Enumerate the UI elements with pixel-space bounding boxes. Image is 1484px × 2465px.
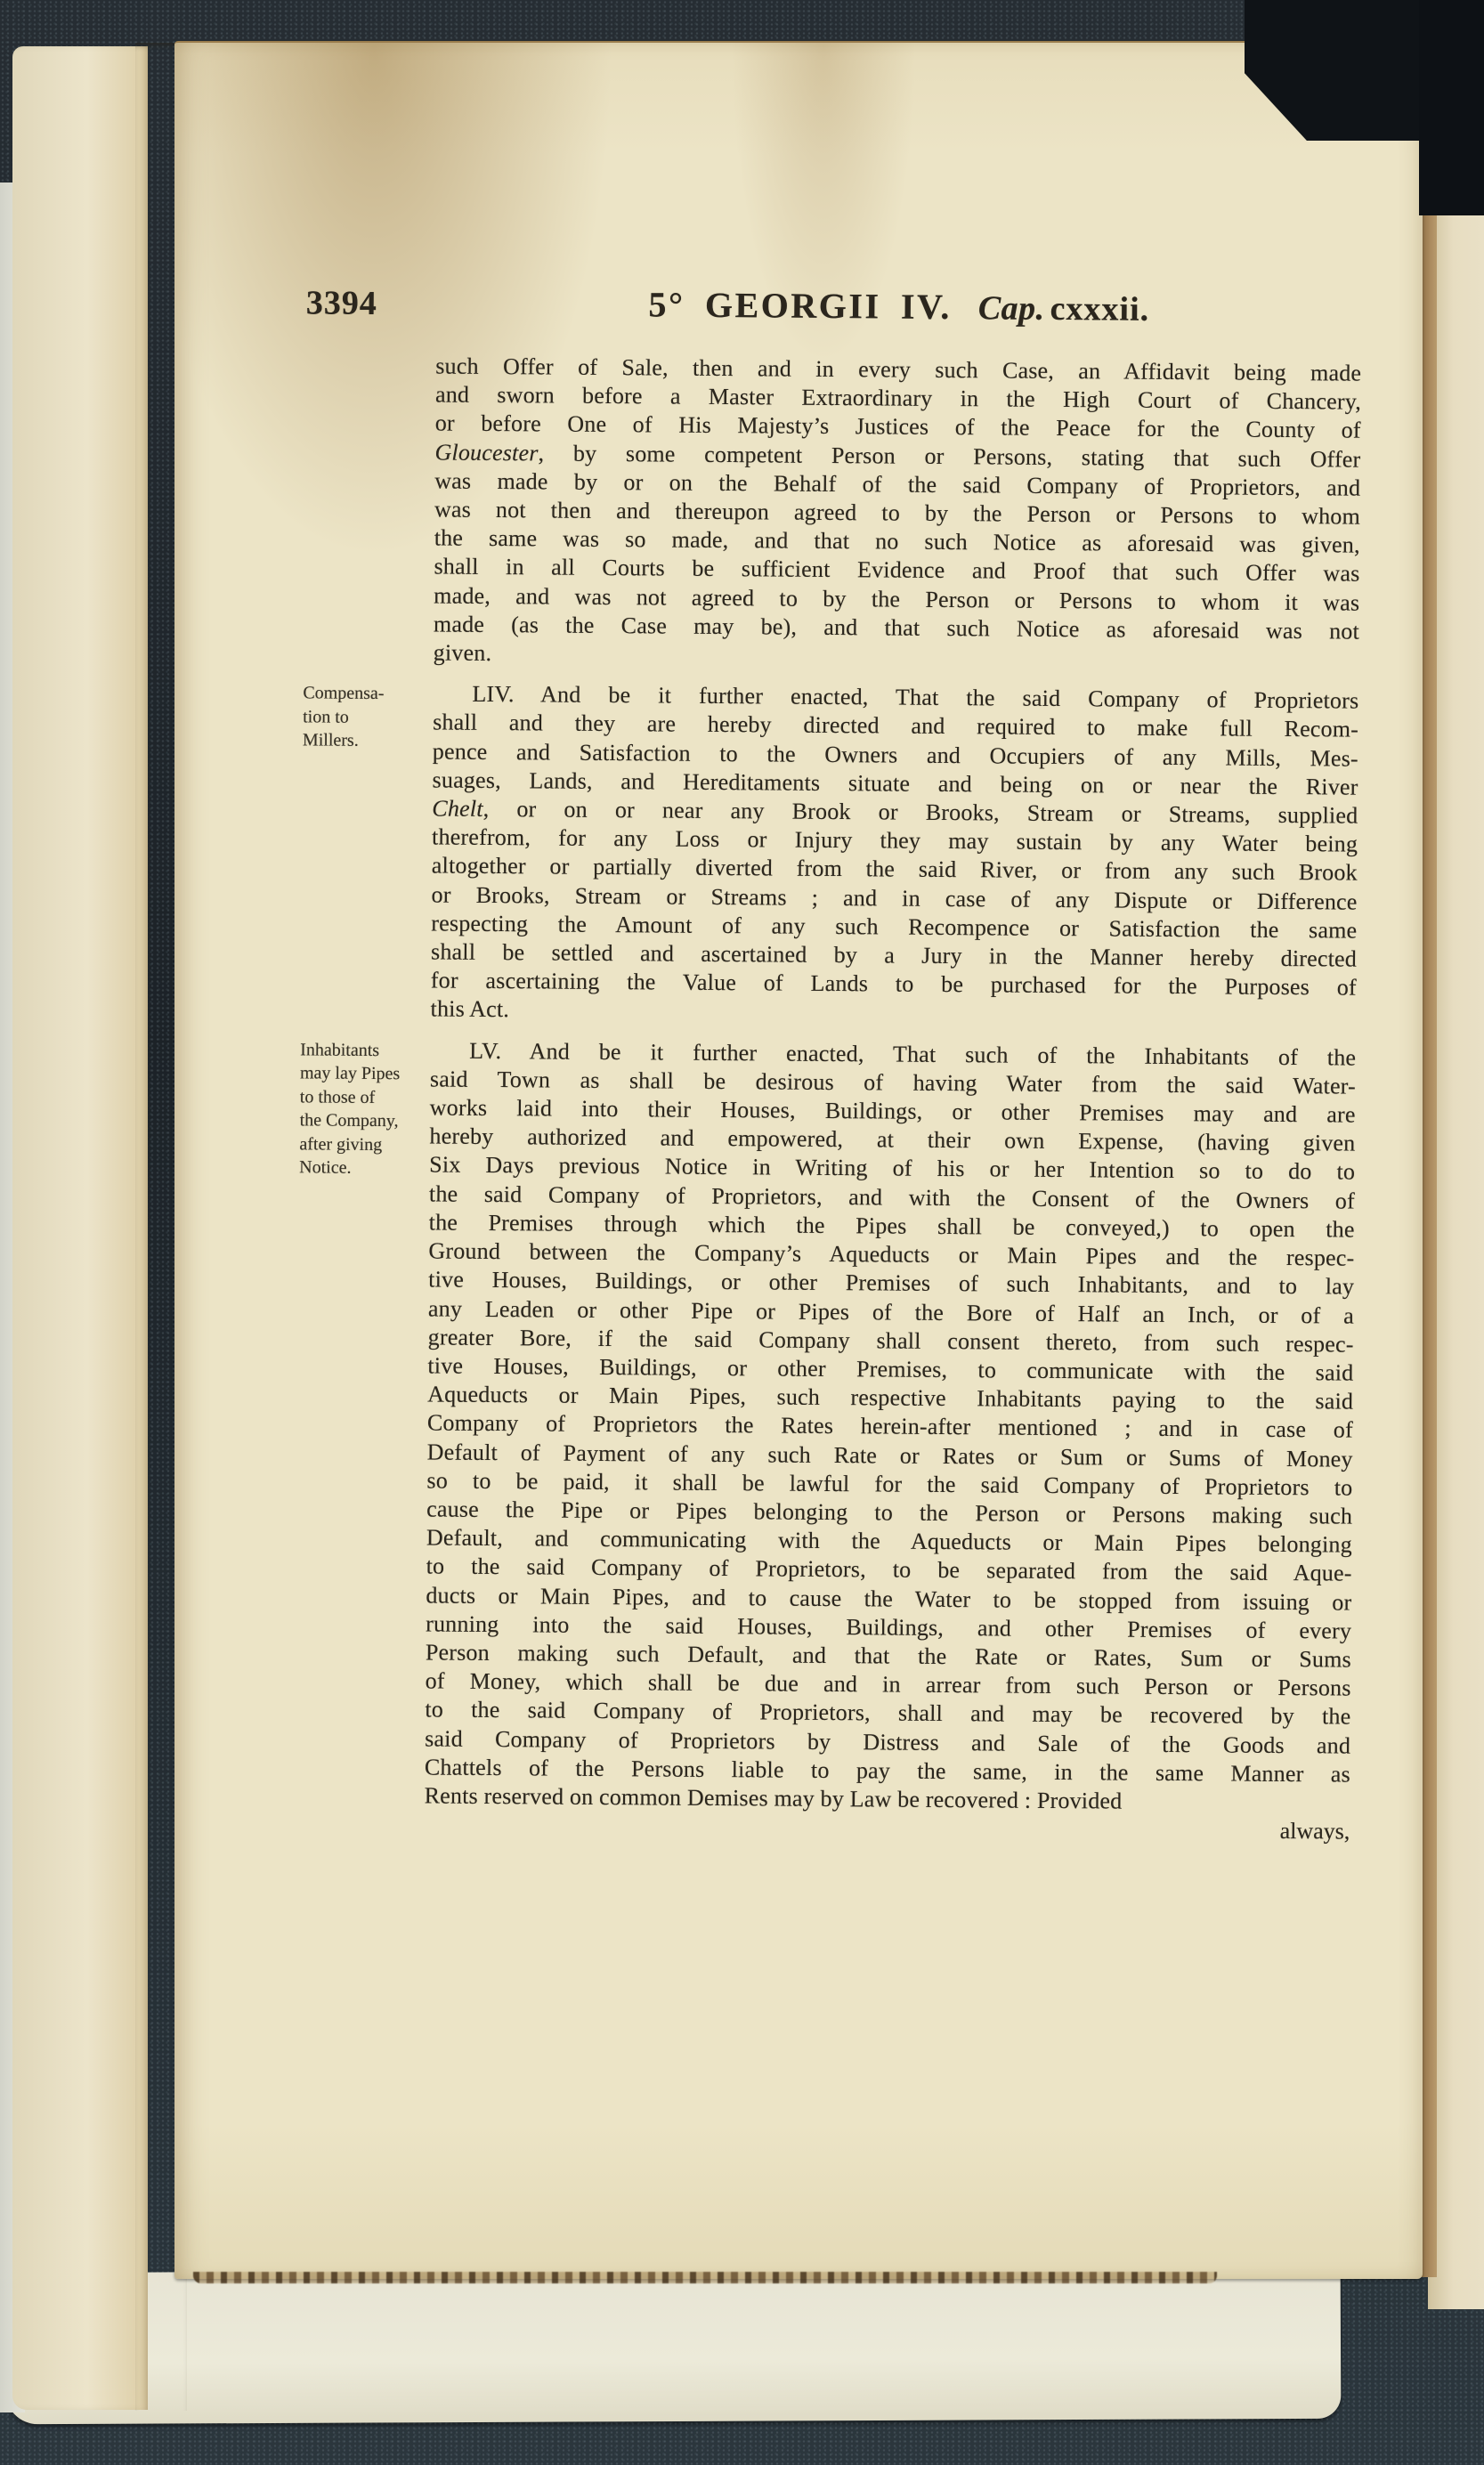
paragraph-LV-inhabitants-may-lay-pipes: Inhabitantsmay lay Pipesto those ofthe C…: [295, 1035, 1357, 1818]
margin-note: Inhabitantsmay lay Pipesto those ofthe C…: [295, 1035, 431, 1811]
chapter-numeral: cxxxii.: [1050, 290, 1149, 328]
running-head: 5° GEORGII IV.Cap.cxxxii.: [436, 281, 1362, 339]
catchword: always,: [1280, 1818, 1350, 1845]
page-content: 3394 5° GEORGII IV.Cap.cxxxii. such Offe…: [294, 280, 1362, 1846]
page-edge-stack: [12, 46, 148, 2410]
margin-note: Compensa-tion toMillers.: [300, 679, 433, 1025]
book-page: 3394 5° GEORGII IV.Cap.cxxxii. such Offe…: [174, 41, 1423, 2279]
paragraph-text: LV. And be it further enacted, That such…: [425, 1036, 1357, 1818]
paragraph-text: such Offer of Sale, then and in every su…: [434, 352, 1362, 674]
regnal-title: 5° GEORGII IV.: [648, 284, 952, 327]
page-bottom-deckle: [193, 2272, 1217, 2283]
margin-note: [304, 351, 436, 667]
chapter-label: Cap.: [978, 289, 1045, 328]
page-number: 3394: [306, 281, 436, 325]
cover-corner-right: [1419, 0, 1484, 215]
underlying-page-edge: [5, 2267, 1342, 2425]
page-header: 3394 5° GEORGII IV.Cap.cxxxii.: [306, 280, 1362, 339]
paragraph-offer-of-sale-evidence: such Offer of Sale, then and in every su…: [304, 351, 1362, 675]
paragraph-LIV-compensation-to-millers: Compensa-tion toMillers.LIV. And be it f…: [300, 679, 1358, 1032]
paragraphs: such Offer of Sale, then and in every su…: [295, 351, 1362, 1817]
paragraph-text: LIV. And be it further enacted, That the…: [430, 680, 1358, 1032]
